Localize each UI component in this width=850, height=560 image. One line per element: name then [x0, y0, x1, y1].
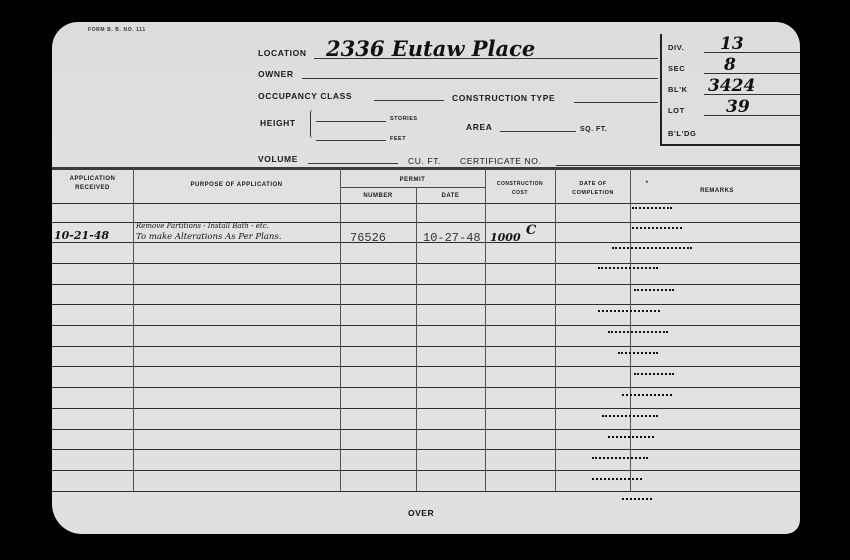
col-divider	[555, 169, 556, 491]
punch-marks	[618, 352, 658, 356]
punch-marks	[622, 498, 652, 502]
header-divider	[52, 203, 800, 204]
col-divider	[133, 169, 134, 491]
area-label: AREA	[466, 122, 493, 132]
row-line	[52, 449, 800, 450]
div-label: DIV.	[668, 43, 684, 52]
cell-permit-number: 76526	[350, 231, 386, 245]
construction-type-line	[574, 102, 658, 103]
col-divider	[485, 169, 486, 491]
header-permit-date: DATE	[416, 192, 485, 201]
construction-type-label: CONSTRUCTION TYPE	[452, 93, 555, 103]
permit-subheader-line	[340, 187, 485, 188]
punch-marks	[592, 457, 648, 461]
row-line	[52, 346, 800, 347]
volume-label: VOLUME	[258, 154, 298, 164]
certificate-label: CERTIFICATE NO.	[460, 156, 541, 166]
occupancy-class-label: OCCUPANCY CLASS	[258, 91, 352, 101]
area-line	[500, 131, 576, 132]
header-construction-cost: CONSTRUCTION COST	[488, 180, 552, 198]
cell-cost-mark: C	[526, 223, 536, 238]
location-label: LOCATION	[258, 48, 307, 58]
punch-marks	[634, 289, 674, 293]
block-field: BL'K 3424	[668, 76, 800, 98]
cell-purpose-line2: To make Alterations As Per Plans.	[136, 232, 281, 242]
header-application-received: APPLICATION RECEIVED	[52, 175, 133, 193]
volume-unit: CU. FT.	[408, 156, 441, 166]
sec-field: SEC 8	[668, 55, 800, 77]
row-line	[52, 304, 800, 305]
lot-line	[704, 115, 800, 116]
lot-label: LOT	[668, 106, 685, 115]
area-unit: SQ. FT.	[580, 126, 607, 133]
stories-label: STORIES	[390, 116, 418, 122]
table-top-border	[52, 167, 800, 170]
header-remarks: REMARKS	[662, 187, 772, 196]
volume-line	[308, 163, 398, 164]
punch-marks	[612, 247, 692, 251]
punch-marks	[592, 478, 642, 482]
punch-marks	[608, 436, 654, 440]
col-divider	[340, 169, 341, 491]
form-number: FORM B. B. NO. 111	[88, 27, 146, 33]
application-table: APPLICATION RECEIVED PURPOSE OF APPLICAT…	[52, 167, 800, 497]
div-field: DIV. 13	[668, 34, 800, 56]
row-line	[52, 366, 800, 367]
height-brace	[310, 110, 315, 138]
block-label: BL'K	[668, 85, 688, 94]
row-line	[52, 429, 800, 430]
header-permit-number: NUMBER	[340, 192, 416, 201]
punch-marks	[602, 415, 658, 419]
sec-label: SEC	[668, 64, 685, 73]
sec-line	[704, 73, 800, 74]
div-line	[704, 52, 800, 53]
punch-marks	[632, 207, 672, 211]
cell-purpose-line1: Remove Partitions - Install Bath - etc.	[136, 222, 269, 230]
header-date-of-completion: DATE OF COMPLETION	[558, 180, 628, 198]
punch-marks	[598, 267, 658, 271]
punch-marks	[634, 373, 674, 377]
stories-line	[316, 121, 386, 122]
header-permit: PERMIT	[340, 176, 485, 185]
height-label: HEIGHT	[260, 118, 296, 128]
col-divider	[416, 187, 417, 491]
header-marker: *	[642, 180, 652, 189]
cell-application-received: 10-21-48	[54, 229, 109, 242]
punch-marks	[598, 310, 660, 314]
punch-marks	[632, 227, 682, 231]
lot-info-box: DIV. 13 SEC 8 BL'K 3424 LOT 39 B'L'DG	[660, 34, 800, 146]
row-line	[52, 325, 800, 326]
location-value: 2336 Eutaw Place	[326, 36, 535, 61]
row-line	[52, 491, 800, 492]
certificate-line	[556, 165, 800, 166]
building-permit-card: FORM B. B. NO. 111 LOCATION 2336 Eutaw P…	[52, 22, 800, 534]
row-line	[52, 284, 800, 285]
row-line	[52, 387, 800, 388]
col-divider	[630, 169, 631, 491]
bldg-label: B'L'DG	[668, 129, 696, 138]
div-value: 13	[720, 34, 744, 54]
punch-marks	[608, 331, 668, 335]
bldg-field: B'L'DG	[668, 118, 800, 140]
feet-label: FEET	[390, 136, 406, 142]
row-line	[52, 408, 800, 409]
owner-line	[302, 78, 658, 79]
header-purpose: PURPOSE OF APPLICATION	[133, 181, 340, 190]
feet-line	[316, 140, 386, 141]
over-label: OVER	[408, 508, 434, 518]
row-line	[52, 263, 800, 264]
cell-permit-date: 10-27-48	[423, 231, 481, 245]
block-value: 3424	[708, 76, 755, 96]
row-line	[52, 470, 800, 471]
lot-field: LOT 39	[668, 97, 800, 119]
cell-construction-cost: 1000	[490, 231, 521, 244]
lot-value: 39	[726, 97, 750, 117]
sec-value: 8	[724, 55, 736, 75]
occupancy-line	[374, 100, 444, 101]
owner-label: OWNER	[258, 69, 294, 79]
punch-marks	[622, 394, 672, 398]
